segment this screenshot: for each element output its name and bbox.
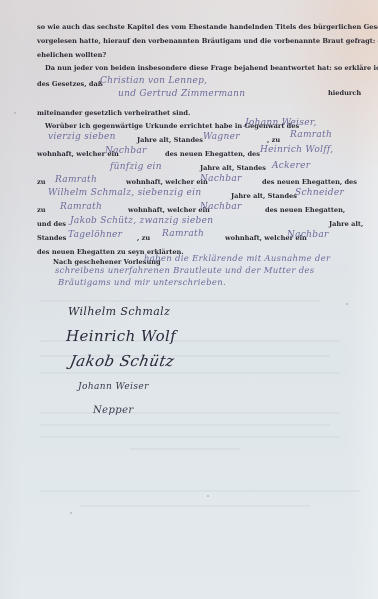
- printed-line: des neuen Ehegatten, des: [262, 178, 357, 186]
- witness2-age: fünfzig ein: [110, 162, 162, 172]
- printed-line: hiedurch: [328, 89, 361, 97]
- witness1-name: Johann Weiser,: [245, 118, 317, 128]
- printed-line: wohnhaft, welcher ein: [128, 206, 210, 214]
- signature: Nepper: [93, 405, 134, 416]
- witness2-occupation: Ackerer: [272, 161, 310, 171]
- bleed-through-line: [80, 505, 310, 507]
- printed-line: zu: [37, 178, 46, 186]
- printed-line: und des: [37, 220, 66, 228]
- printed-line: des neuen Ehegatten, des: [165, 150, 260, 158]
- printed-line: vorgelesen hatte, hierauf den vorbenannt…: [37, 37, 378, 45]
- witness4-place: Ramrath: [162, 229, 204, 239]
- bleed-through-line: [130, 448, 240, 450]
- signature: Wilhelm Schmalz: [68, 305, 170, 318]
- printed-line: so wie auch das sechste Kapitel des vom …: [37, 23, 378, 31]
- witness1-relation: Nachbar: [105, 146, 147, 156]
- witness3-relation: Nachbar: [200, 202, 242, 212]
- witness4-name: Jakob Schütz, zwanzig sieben: [70, 216, 213, 226]
- paper-speck: [70, 512, 72, 514]
- groom-name: Christian von Lennep,: [100, 76, 207, 86]
- witness2-name: Heinrich Wolff,: [260, 145, 333, 155]
- bleed-through-line: [40, 424, 330, 426]
- printed-line: Jahre alt, Standes: [137, 136, 203, 144]
- signature: Johann Weiser: [78, 382, 149, 392]
- witness1-age: vierzig sieben: [48, 132, 116, 142]
- printed-line: zu: [37, 206, 46, 214]
- witness3-place: Ramrath: [60, 202, 102, 212]
- witness2-place: Ramrath: [55, 175, 97, 185]
- bleed-through-line: [40, 436, 340, 438]
- witness1-occupation: Wagner: [203, 132, 240, 142]
- printed-line: ehelichen wollten?: [37, 51, 106, 59]
- bleed-through-line: [40, 300, 320, 302]
- closing-text-line: haben die Erklärende mit Ausnahme der: [144, 254, 330, 264]
- witness2-relation: Nachbar: [200, 174, 242, 184]
- document-page: so wie auch das sechste Kapitel des vom …: [0, 0, 378, 599]
- printed-line: Jahre alt, Standes: [231, 192, 297, 200]
- printed-line: Jahre alt, Standes: [200, 164, 266, 172]
- bleed-through-line: [40, 412, 340, 414]
- paper-speck: [346, 303, 348, 305]
- printed-line: des Gesetzes, daß: [37, 80, 103, 88]
- witness3-name: Wilhelm Schmalz, siebenzig ein: [48, 188, 201, 198]
- witness3-occupation: Schneider: [295, 188, 344, 198]
- printed-line: des neuen Ehegatten,: [265, 206, 345, 214]
- paper-speck: [207, 495, 209, 497]
- printed-line: wohnhaft, welcher ein: [126, 178, 208, 186]
- paper-speck: [14, 112, 16, 114]
- witness4-occupation: Tagelöhner: [68, 230, 122, 240]
- printed-line: Da nun jeder von beiden insbesondere die…: [45, 64, 378, 72]
- bride-name: und Gertrud Zimmermann: [118, 89, 245, 99]
- signature: Heinrich Wolf: [66, 327, 176, 345]
- bleed-through-line: [40, 372, 340, 374]
- witness1-place: Ramrath: [290, 130, 332, 140]
- closing-text-line: schreibens unerfahrenen Brautleute und d…: [55, 266, 314, 276]
- closing-text-line: Bräutigams und mir unterschrieben.: [58, 278, 226, 288]
- witness4-relation: Nachbar: [287, 230, 329, 240]
- signature: Jakob Schütz: [68, 352, 175, 370]
- printed-line: Standes: [37, 234, 66, 242]
- printed-line: Jahre alt,: [329, 220, 363, 228]
- printed-line: , zu: [267, 136, 280, 144]
- printed-line: , zu: [137, 234, 150, 242]
- printed-line: miteinander gesetzlich verheirathet sind…: [37, 109, 190, 117]
- bleed-through-line: [40, 490, 360, 492]
